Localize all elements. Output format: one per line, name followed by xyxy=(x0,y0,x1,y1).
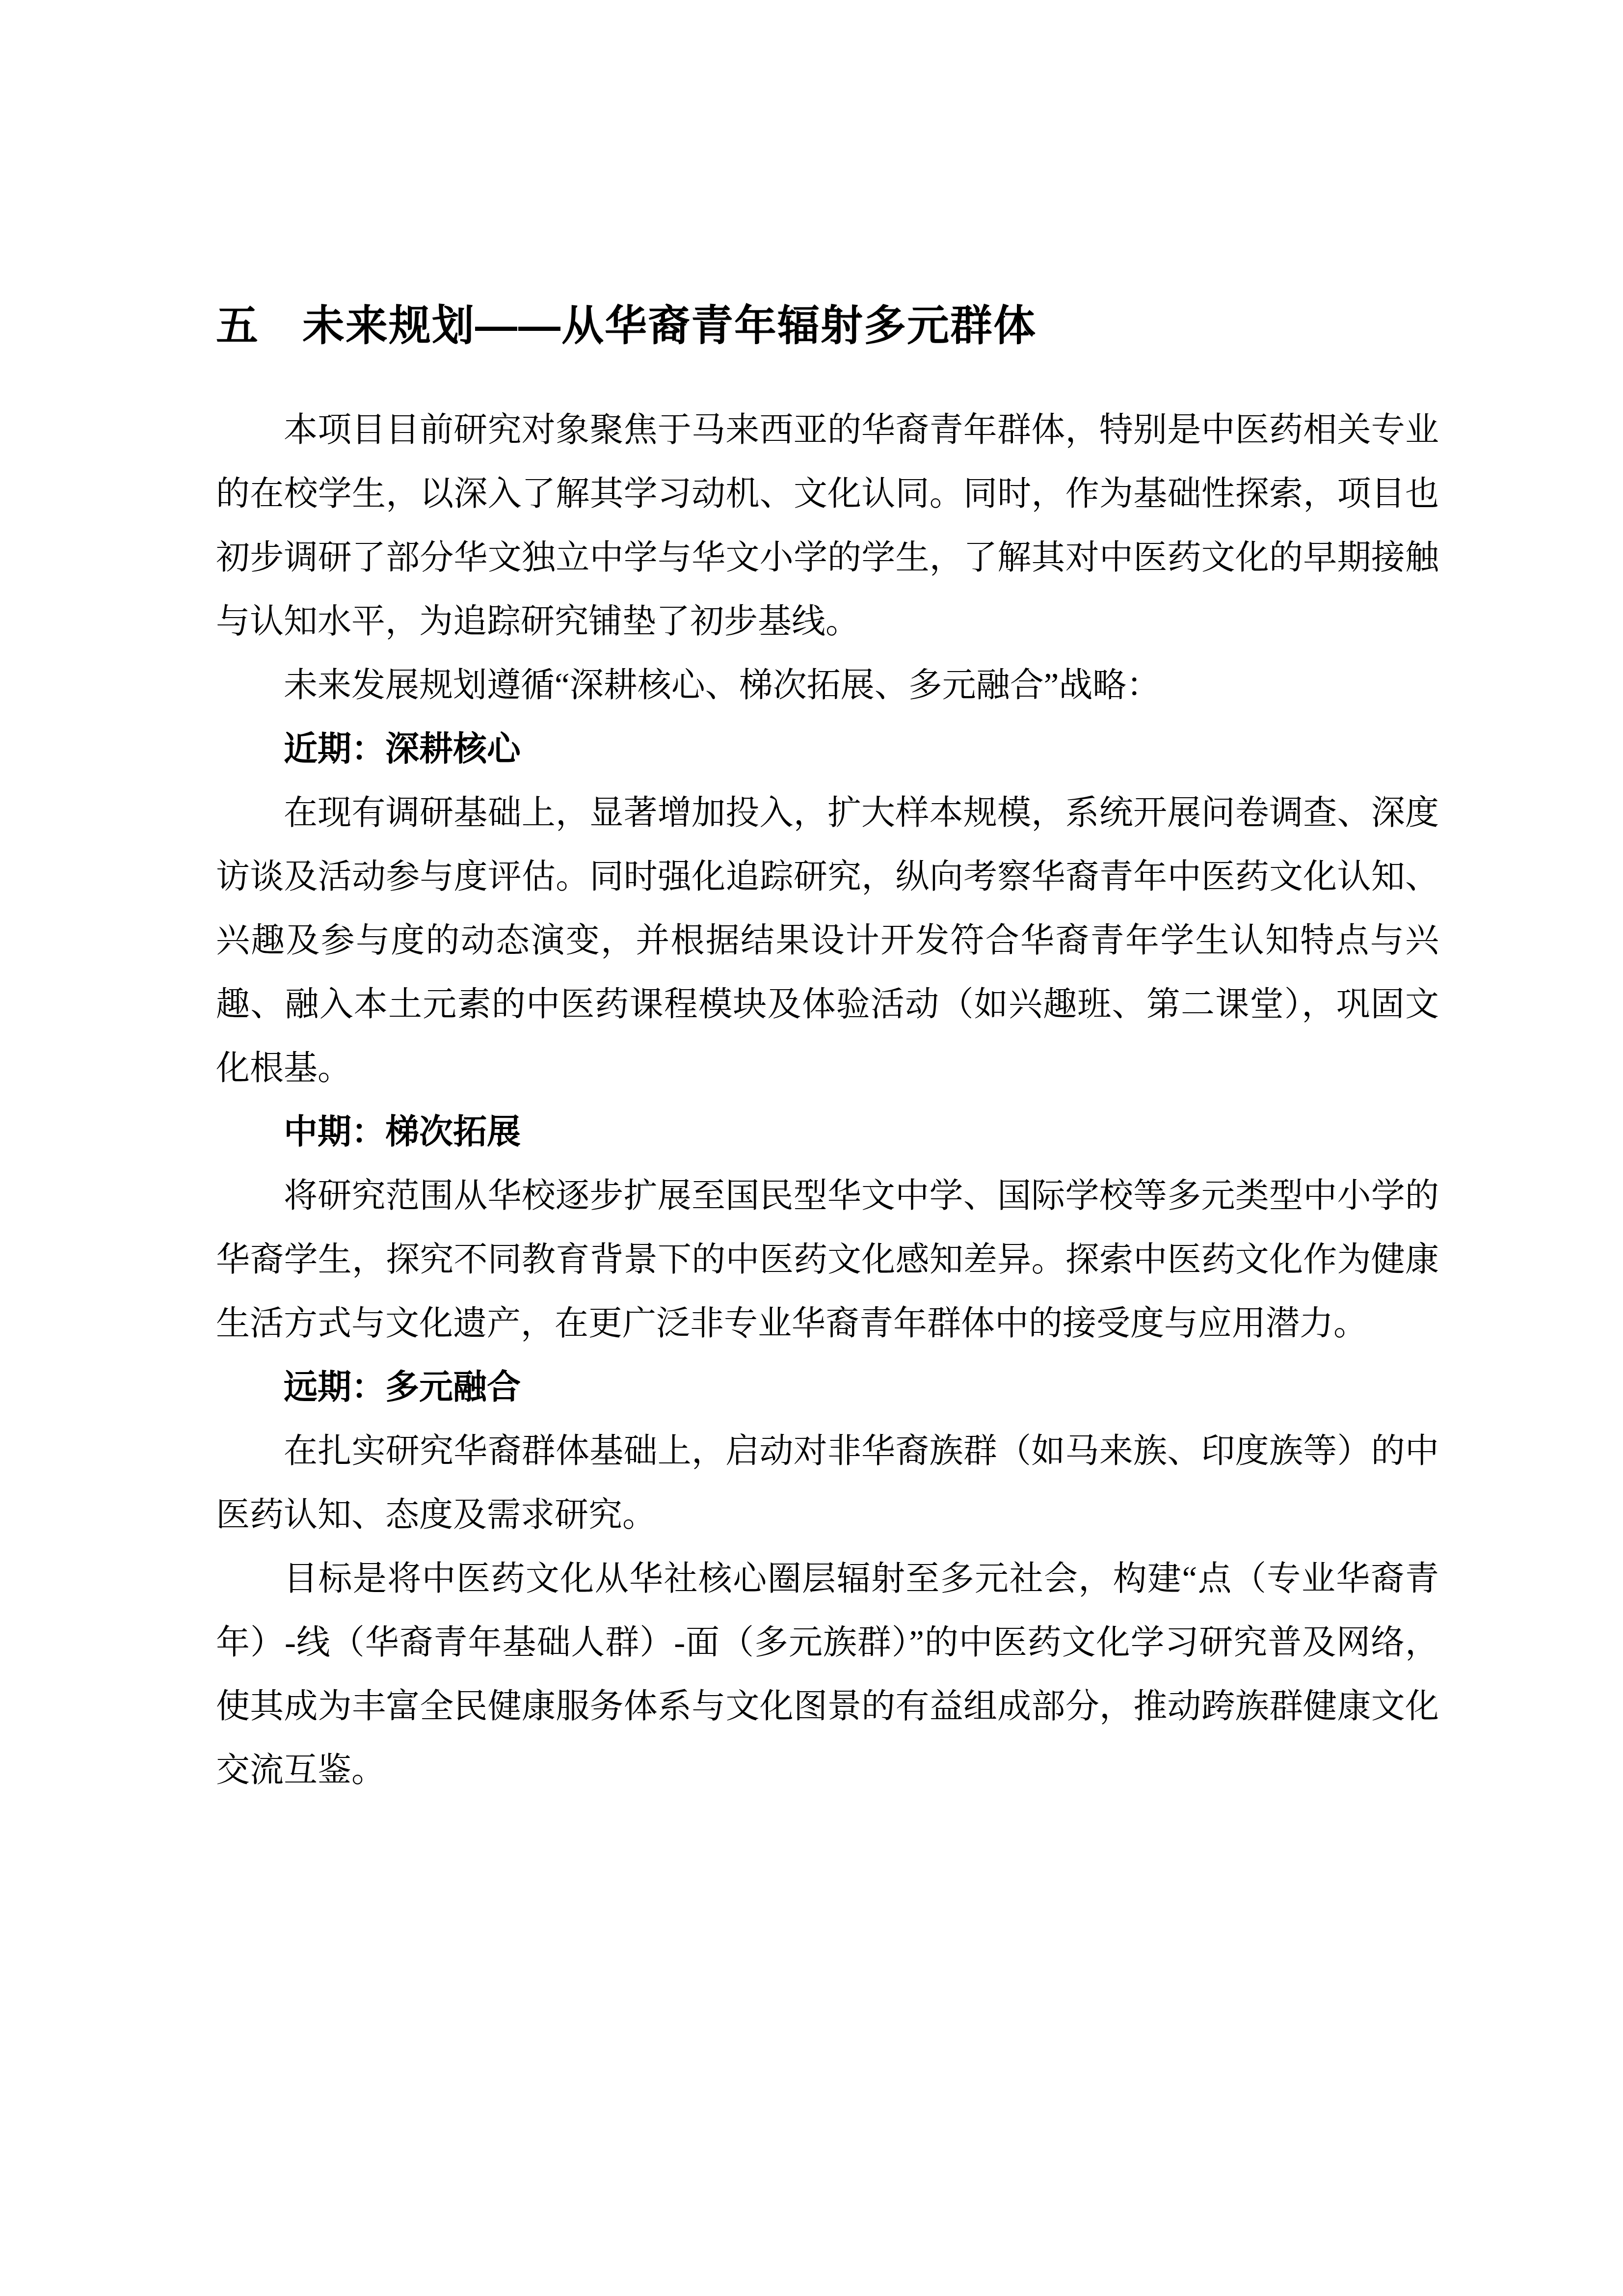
page-title: 五 未来规划——从华裔青年辐射多元群体 xyxy=(216,300,1439,351)
document-page: 五 未来规划——从华裔青年辐射多元群体 本项目目前研究对象聚焦于马来西亚的华裔青… xyxy=(0,0,1623,2296)
paragraph-current-scope: 本项目目前研究对象聚焦于马来西亚的华裔青年群体，特别是中医药相关专业的在校学生，… xyxy=(216,398,1439,653)
heading-long-term: 远期：多元融合 xyxy=(216,1355,1439,1419)
heading-mid-term: 中期：梯次拓展 xyxy=(216,1100,1439,1164)
paragraph-overall-goal: 目标是将中医药文化从华社核心圈层辐射至多元社会，构建“点（专业华裔青年）-线（华… xyxy=(216,1547,1439,1802)
paragraph-strategy-intro: 未来发展规划遵循“深耕核心、梯次拓展、多元融合”战略： xyxy=(216,653,1439,717)
paragraph-long-term-plan: 在扎实研究华裔群体基础上，启动对非华裔族群（如马来族、印度族等）的中医药认知、态… xyxy=(216,1419,1439,1547)
paragraph-near-term-plan: 在现有调研基础上，显著增加投入，扩大样本规模，系统开展问卷调查、深度访谈及活动参… xyxy=(216,781,1439,1100)
heading-near-term: 近期：深耕核心 xyxy=(216,717,1439,781)
document-content: 五 未来规划——从华裔青年辐射多元群体 本项目目前研究对象聚焦于马来西亚的华裔青… xyxy=(216,0,1439,1802)
paragraph-mid-term-plan: 将研究范围从华校逐步扩展至国民型华文中学、国际学校等多元类型中小学的华裔学生，探… xyxy=(216,1164,1439,1355)
